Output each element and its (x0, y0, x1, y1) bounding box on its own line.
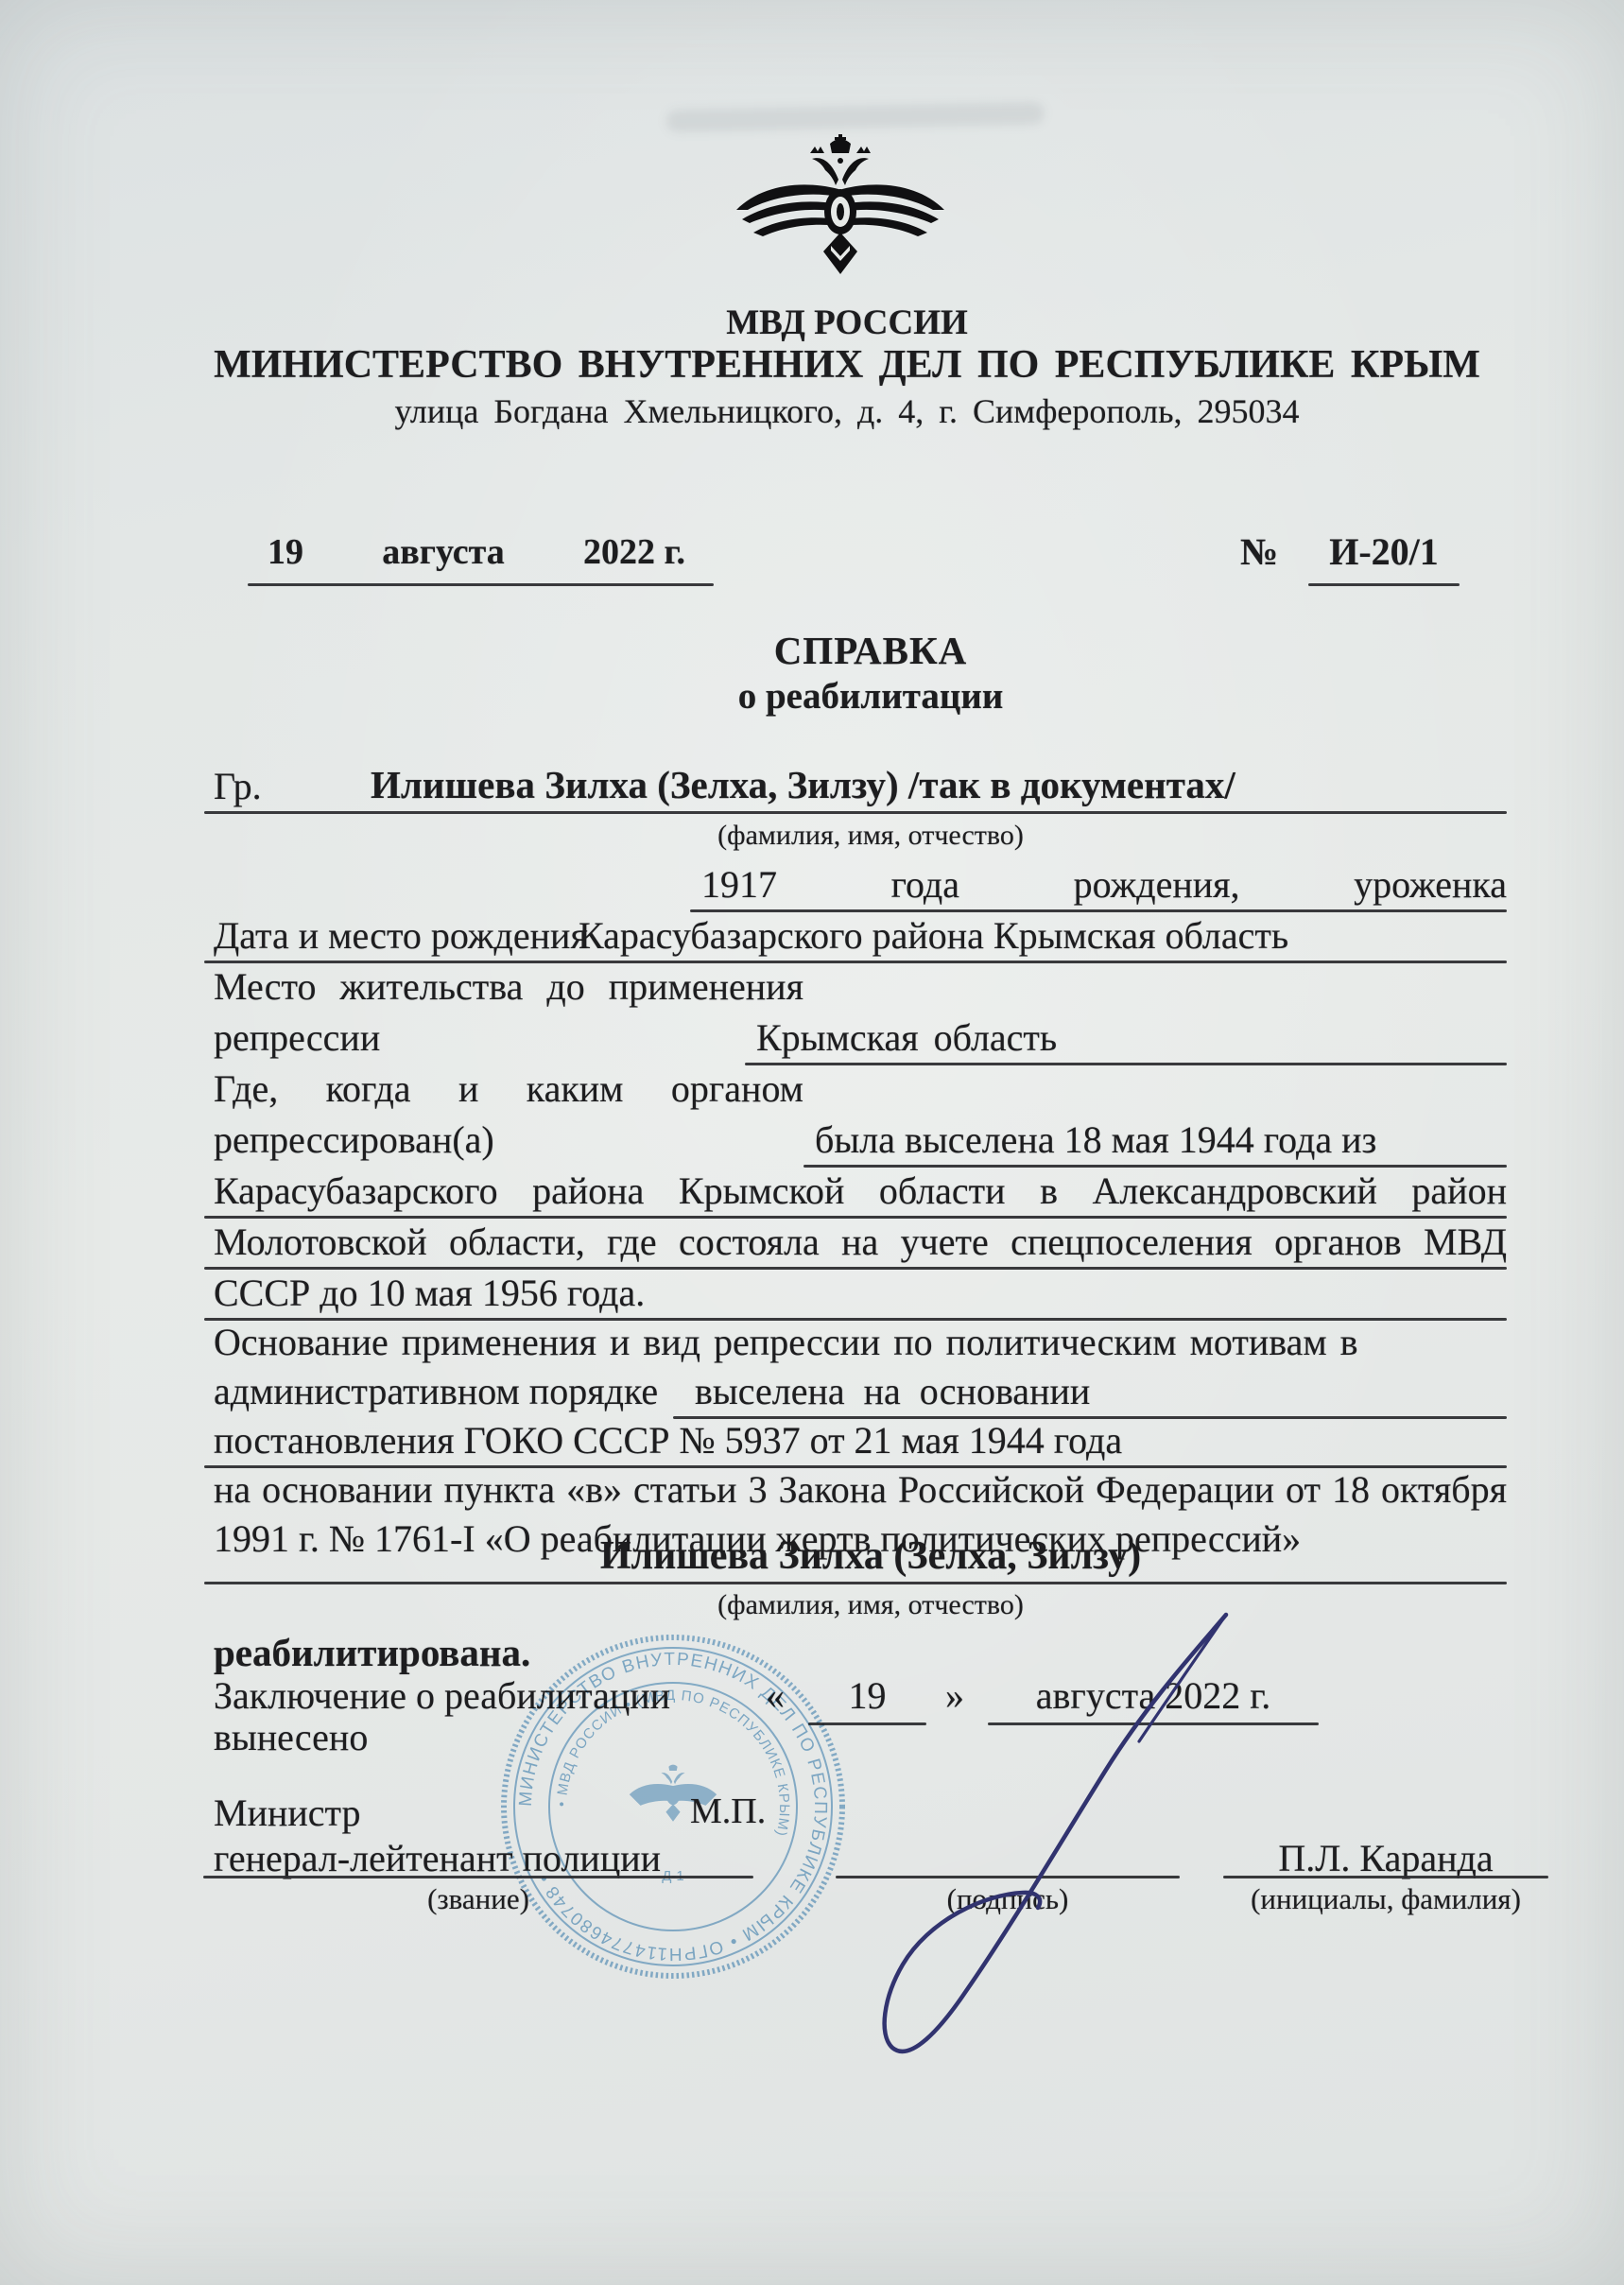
underline-segment (204, 1582, 1507, 1584)
conclusion-month-year: августа 2022 г. (988, 1675, 1319, 1716)
underline-segment (803, 1165, 1507, 1168)
birth-place: Карасубазарского района Крымская область (579, 915, 1288, 956)
date-line: 19 августа 2022 г. (268, 533, 685, 572)
rehabilitation-certificate-scan: МВД РОССИИ МИНИСТЕРСТВО ВНУТРЕННИХ ДЕЛ П… (0, 0, 1624, 2285)
person-name: Илишева Зилха (Зелха, Зилзу) /так в доку… (371, 764, 1235, 805)
residence-label-1: Место жительства до применения (214, 966, 803, 1007)
header-address: улица Богдана Хмельницкого, д. 4, г. Сим… (166, 393, 1528, 430)
residence-value: Крымская область (756, 1017, 1057, 1058)
date-year: 2022 г. (583, 533, 685, 572)
basis-line-3: постановления ГОКО СССР № 5937 от 21 мая… (214, 1420, 1122, 1461)
gr-label: Гр. (214, 766, 262, 806)
repression-value-1: была выселена 18 мая 1944 года из (815, 1119, 1376, 1160)
round-seal-icon: МИНИСТЕРСТВО ВНУТРЕННИХ ДЕЛ ПО РЕСПУБЛИК… (493, 1627, 853, 1986)
law-line-1: на основании пункта «в» статьи 3 Закона … (214, 1469, 1507, 1510)
underline-segment (988, 1722, 1319, 1725)
issued-line: вынесено (214, 1717, 368, 1757)
doc-title: СПРАВКА (214, 630, 1528, 671)
fio-caption-2: (фамилия, имя, отчество) (214, 1590, 1528, 1620)
birth-line: 1917 года рождения, уроженка (701, 864, 1507, 905)
basis-label: административном порядке (214, 1371, 658, 1411)
basis-value: выселена на основании (695, 1371, 1090, 1411)
rehabilitated-line: реабилитирована. (214, 1632, 530, 1673)
underline-segment (1223, 1876, 1548, 1878)
repression-value-3: Молотовской области, где состояла на уче… (214, 1221, 1507, 1262)
print-ghost-smudge (666, 102, 1045, 132)
underline-segment (204, 1216, 1507, 1219)
underline-segment (204, 811, 1507, 814)
resolution-name: Илишева Зилха (Зелха, Зилзу) (214, 1535, 1528, 1578)
date-day: 19 (268, 533, 303, 572)
basis-line-1: Основание применения и вид репрессии по … (214, 1322, 1358, 1362)
header-org-full: МИНИСТЕРСТВО ВНУТРЕННИХ ДЕЛ ПО РЕСПУБЛИК… (166, 344, 1528, 387)
caption-sign: (подпись) (836, 1883, 1180, 1914)
repression-label-2: репрессирован(а) (214, 1119, 494, 1160)
repression-value-4: СССР до 10 мая 1956 года. (214, 1272, 645, 1313)
underline-segment (1308, 583, 1460, 586)
repression-value-2: Карасубазарского района Крымской области… (214, 1170, 1507, 1211)
underline-segment (204, 961, 1507, 963)
fio-caption: (фамилия, имя, отчество) (214, 821, 1528, 851)
ref-number-value: И-20/1 (1308, 531, 1460, 572)
caption-initials: (инициалы, фамилия) (1223, 1883, 1548, 1914)
rank-line: генерал-лейтенант полиции (214, 1838, 661, 1878)
header-org-short: МВД РОССИИ (166, 304, 1528, 342)
repression-label-1: Где, когда и каким органом (214, 1068, 803, 1109)
quote-close: » (945, 1675, 964, 1716)
residence-label-2: репрессии (214, 1017, 380, 1058)
underline-segment (203, 1876, 753, 1878)
date-month: августа (382, 533, 505, 572)
ref-number-label: № (1240, 531, 1278, 572)
minister-label: Министр (214, 1792, 361, 1833)
signee-name: П.Л. Каранда (1223, 1838, 1548, 1878)
underline-segment (204, 1267, 1507, 1270)
underline-segment (690, 909, 1507, 912)
doc-subtitle: о реабилитации (214, 677, 1528, 717)
underline-segment (248, 583, 714, 586)
caption-rank: (звание) (203, 1883, 753, 1914)
birth-label: Дата и место рождения (214, 915, 588, 956)
underline-segment (836, 1876, 1180, 1878)
mp-mark: М.П. (690, 1792, 766, 1831)
mvd-eagle-emblem-icon (733, 132, 948, 276)
underline-segment (745, 1063, 1507, 1065)
